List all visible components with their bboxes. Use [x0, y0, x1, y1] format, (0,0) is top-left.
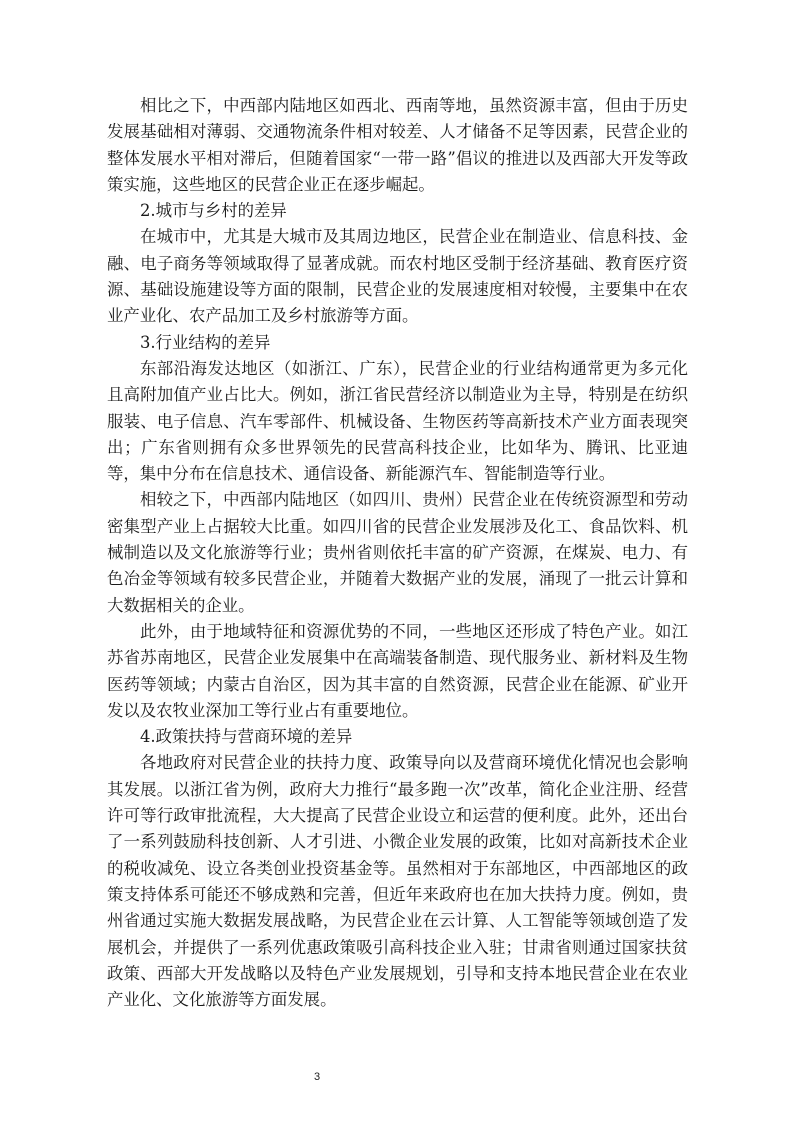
page-body: 相比之下，中西部内陆地区如西北、西南等地，虽然资源丰富，但由于历史发展基础相对薄… — [107, 93, 688, 1013]
page-number: 3 — [300, 1071, 334, 1083]
paragraph-special-industries: 此外，由于地域特征和资源优势的不同，一些地区还形成了特色产业。如江苏省苏南地区，… — [107, 619, 688, 724]
section-heading-urban-rural: 2.城市与乡村的差异 — [107, 198, 688, 224]
paragraph-central-western-industry: 相较之下，中西部内陆地区（如四川、贵州）民营企业在传统资源型和劳动密集型产业上占… — [107, 487, 688, 618]
section-heading-policy-environment: 4.政策扶持与营商环境的差异 — [107, 724, 688, 750]
paragraph-eastern-industry: 东部沿海发达地区（如浙江、广东），民营企业的行业结构通常更为多元化且高附加值产业… — [107, 356, 688, 487]
document-page: 相比之下，中西部内陆地区如西北、西南等地，虽然资源丰富，但由于历史发展基础相对薄… — [0, 0, 793, 1122]
paragraph-urban-rural: 在城市中，尤其是大城市及其周边地区，民营企业在制造业、信息科技、金融、电子商务等… — [107, 224, 688, 329]
section-heading-industry-structure: 3.行业结构的差异 — [107, 330, 688, 356]
paragraph-policy-environment: 各地政府对民营企业的扶持力度、政策导向以及营商环境优化情况也会影响其发展。以浙江… — [107, 750, 688, 1013]
paragraph-inland-regions: 相比之下，中西部内陆地区如西北、西南等地，虽然资源丰富，但由于历史发展基础相对薄… — [107, 93, 688, 198]
